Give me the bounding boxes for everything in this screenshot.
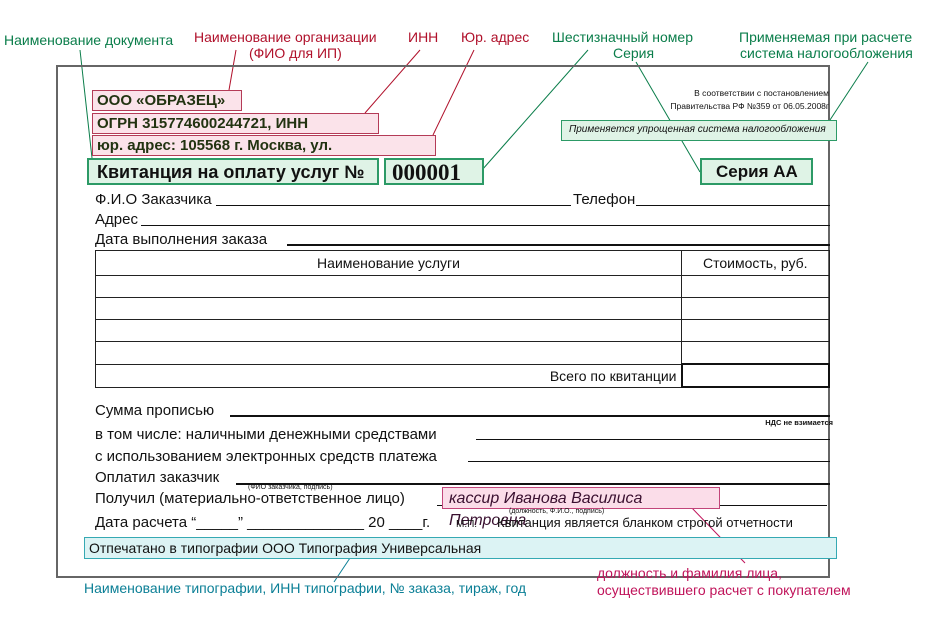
annotation-cashier-sub: осуществившего расчет с покупателем: [597, 582, 851, 598]
phone-line[interactable]: [636, 205, 830, 206]
decree-line-1: В соответствии с постановлением: [694, 88, 829, 98]
electronic-label: с использованием электронных средств пла…: [95, 448, 437, 465]
phone-label: Телефон: [573, 191, 635, 208]
electronic-line[interactable]: [468, 461, 830, 462]
cost-cell[interactable]: [682, 298, 830, 320]
annotation-tax-system: Применяемая при расчете: [739, 29, 912, 45]
cashier-box: кассир Иванова Василиса Петровна: [442, 487, 720, 509]
cost-header: Стоимость, руб.: [682, 251, 830, 276]
completion-date-label: Дата выполнения заказа: [95, 231, 267, 248]
annotation-document-name: Наименование документа: [4, 32, 173, 48]
customer-name-line[interactable]: [216, 205, 571, 206]
payment-date[interactable]: Дата расчета “_____” ______________ 20 _…: [95, 514, 430, 531]
org-name: ООО «ОБРАЗЕЦ»: [97, 92, 225, 109]
services-table: Наименование услуги Стоимость, руб. Всег…: [95, 250, 830, 388]
amount-words-label: Сумма прописью: [95, 402, 214, 419]
vat-note: НДС не взимается: [765, 418, 833, 427]
annotation-inn: ИНН: [408, 29, 438, 45]
series-box: Серия АА: [700, 158, 813, 185]
customer-name-label: Ф.И.О Заказчика: [95, 191, 212, 208]
tax-system-box: Применяется упрощенная система налогообл…: [561, 120, 837, 141]
table-row: [96, 320, 830, 342]
title-box: Квитанция на оплату услуг №: [87, 158, 379, 185]
received-by-label: Получил (материально-ответственное лицо): [95, 490, 405, 507]
cash-line[interactable]: [476, 439, 830, 440]
service-name-header: Наименование услуги: [96, 251, 682, 276]
total-label: Всего по квитанции: [96, 364, 682, 387]
cost-cell[interactable]: [682, 320, 830, 342]
amount-words-line[interactable]: [230, 415, 830, 417]
service-cell[interactable]: [96, 320, 682, 342]
table-row: [96, 342, 830, 365]
receipt-number: 000001: [392, 160, 461, 186]
table-row: [96, 276, 830, 298]
annotation-cashier: должность и фамилия лица,: [597, 565, 782, 581]
annotation-org-name-sub: (ФИО для ИП): [249, 45, 342, 61]
receipt-title: Квитанция на оплату услуг №: [97, 162, 364, 183]
annotation-org-name: Наименование организации: [194, 29, 377, 45]
service-cell[interactable]: [96, 342, 682, 365]
service-cell[interactable]: [96, 276, 682, 298]
org-address-box: юр. адрес: 105568 г. Москва, ул. Челябин…: [92, 135, 436, 156]
table-row: [96, 298, 830, 320]
cashier-hint: (должность, Ф.И.О., подпись): [509, 508, 604, 515]
annotation-tax-system-sub: система налогообложения: [740, 45, 913, 61]
cash-label: в том числе: наличными денежными средств…: [95, 426, 437, 443]
printer-box: Отпечатано в типографии ООО Типография У…: [84, 537, 837, 559]
cost-cell[interactable]: [682, 342, 830, 365]
annotation-legal-address: Юр. адрес: [461, 29, 529, 45]
address-label: Адрес: [95, 211, 138, 228]
total-value[interactable]: [682, 364, 830, 387]
number-box: 000001: [384, 158, 484, 185]
strict-report-note: Квитанция является бланком строгой отчет…: [497, 515, 793, 530]
org-ids-box: ОГРН 315774600244721, ИНН 7719826670: [92, 113, 379, 134]
printed-by: Отпечатано в типографии ООО Типография У…: [89, 540, 481, 556]
annotation-series: Серия: [613, 45, 654, 61]
cost-cell[interactable]: [682, 276, 830, 298]
decree-line-2: Правительства РФ №359 от 06.05.2008г: [670, 101, 829, 111]
address-line[interactable]: [141, 225, 830, 226]
receipt-series: Серия АА: [716, 162, 798, 182]
service-cell[interactable]: [96, 298, 682, 320]
tax-system: Применяется упрощенная система налогообл…: [569, 124, 826, 135]
completion-date-line[interactable]: [287, 244, 830, 246]
total-row: Всего по квитанции: [96, 364, 830, 387]
stamp-place: М.П.: [456, 519, 477, 530]
org-name-box: ООО «ОБРАЗЕЦ»: [92, 90, 242, 111]
annotation-printer: Наименование типографии, ИНН типографии,…: [84, 580, 526, 596]
paid-by-label: Оплатил заказчик: [95, 469, 219, 486]
annotation-number: Шестизначный номер: [552, 29, 693, 45]
